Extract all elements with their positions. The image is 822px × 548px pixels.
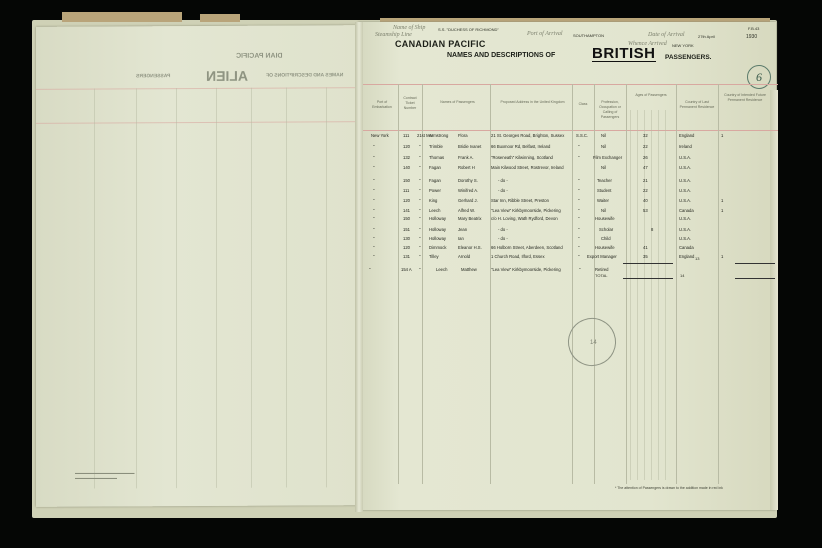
table-row: New York11121st MarArmstrongFlora21 St. …	[363, 131, 778, 140]
table-row: "132"ThomasFrank A."Roseneath" Kilwinnin…	[363, 153, 778, 162]
col-header-ages: Ages of Passengers	[628, 93, 674, 98]
total-count-2: 14	[680, 273, 684, 278]
pencil-oval-number: 14	[590, 340, 597, 346]
table-row: "151"HollowayJean- do -"Scholar8U.S.A.	[363, 225, 778, 234]
title-prefix: NAMES AND DESCRIPTIONS OF	[447, 52, 555, 59]
left-page: DIAN PACIFIC ALIEN NAMES AND DESCRIPTION…	[36, 25, 366, 507]
col-header-future-residence: Country of Intended Future Permanent Res…	[720, 93, 770, 103]
ledger-edge	[200, 14, 240, 22]
col-header-address: Proposed Address in the United Kingdom	[500, 100, 565, 105]
table-row: "130"HollowayIan- do -"ChildU.S.A.	[363, 234, 778, 243]
rule	[363, 84, 778, 85]
ledger-edge	[62, 12, 182, 22]
port-label: Port of Arrival	[527, 31, 563, 37]
ship-label: Name of Ship	[393, 25, 425, 31]
year-value: 1930	[746, 34, 757, 40]
bleed-through-title: ALIEN	[206, 68, 248, 84]
table-row: "131"TilleyArnold1 Church Road, Ilford, …	[363, 252, 778, 261]
col-header-last-residence: Country of Last Permanent Residence	[678, 100, 716, 110]
total-count-1: 13	[695, 256, 699, 261]
col-header-class: Class	[574, 102, 592, 107]
col-header-ticket: Contract Ticket Number	[400, 96, 420, 111]
port-value: SOUTHAMPTON	[573, 33, 604, 38]
title-british: BRITISH	[592, 47, 656, 62]
date-value: 27th April	[698, 34, 715, 39]
table-row: "150"HollowayMary Beatrixc/o H. Loving, …	[363, 214, 778, 225]
table-row: "150"FaganDorothy S.- do -"Teacher21U.S.…	[363, 176, 778, 185]
steamship-line: CANADIAN PACIFIC	[395, 39, 486, 49]
page-footnote: * The attention of Passengers is drawn t…	[615, 486, 723, 490]
sheet-number: 6	[747, 65, 771, 89]
left-page-footnote: ▬▬▬▬▬▬▬▬▬▬▬▬▬▬▬▬▬▬▬▬▬▬▬▬▬▬▬▬▬	[75, 471, 135, 481]
col-header-names: Names of Passengers	[430, 100, 485, 105]
col-header-port: Port of Embarkation	[368, 100, 396, 110]
title-suffix: PASSENGERS.	[665, 54, 711, 61]
line-label: Steamship Line	[375, 32, 412, 38]
col-header-occupation: Profession, Occupation or Calling of Pas…	[596, 100, 624, 120]
whence-value: NEW YORK	[672, 43, 694, 48]
form-ref: F.B.43	[748, 26, 759, 31]
ship-name: S.S. "DUCHESS OF RICHMOND"	[438, 27, 499, 32]
date-label: Date of Arrival	[648, 32, 685, 38]
table-row: "154 A"LeechMatthew"Lea View" Kirkbymoor…	[363, 265, 778, 274]
bleed-through-line: DIAN PACIFIC	[236, 53, 283, 60]
bleed-through-suffix: PASSENGERS	[136, 73, 170, 79]
table-row: "120"TrimbleBridie Ivanet66 Buxmoor Rd, …	[363, 142, 778, 151]
table-row: "140"FaganRobert HMain Kilwood Street, R…	[363, 163, 778, 175]
table-row: "120"KingGerhard J.Star Inn, Ribble Stre…	[363, 196, 778, 205]
binding-fold	[355, 22, 363, 512]
table-row: "111"PowerWinifred A.- do -"Student22U.S…	[363, 186, 778, 195]
total-label: TOTAL	[595, 273, 608, 278]
bleed-through-sub: NAMES AND DESCRIPTIONS OF	[266, 72, 343, 78]
table-row: "120"DimmockEleanor H.S.66 Holborn Stree…	[363, 243, 778, 252]
